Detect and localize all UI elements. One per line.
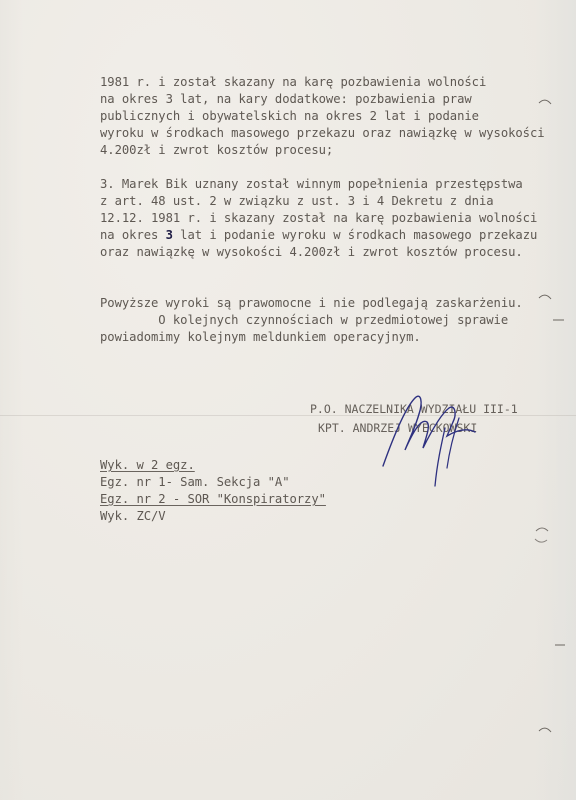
- text-line: na okres 3 lat, na kary dodatkowe: pozba…: [100, 92, 472, 106]
- text-segment: Egz. nr 2 - SOR "Konspiratorzy": [100, 492, 326, 506]
- distribution-copy-2: Egz. nr 2 - SOR "Konspiratorzy": [100, 492, 326, 506]
- margin-mark: [535, 527, 549, 533]
- handwritten-signature: [375, 388, 485, 488]
- text-line: wyroku w środkach masowego przekazu oraz…: [100, 126, 545, 140]
- text-line: 3. Marek Bik uznany został winnym popełn…: [100, 177, 523, 191]
- margin-mark: [534, 538, 548, 544]
- text-line: 12.12. 1981 r. i skazany został na karę …: [100, 211, 537, 225]
- text-line: Powyższe wyroki są prawomocne i nie podl…: [100, 296, 523, 310]
- text-line: z art. 48 ust. 2 w związku z ust. 3 i 4 …: [100, 194, 494, 208]
- text-line: O kolejnych czynnościach w przedmiotowej…: [100, 313, 508, 327]
- margin-mark: [554, 642, 568, 648]
- distribution-header: Wyk. w 2 egz.: [100, 458, 195, 472]
- margin-mark: [538, 727, 552, 733]
- text-line: 1981 r. i został skazany na karę pozbawi…: [100, 75, 486, 89]
- text-line: publicznych i obywatelskich na okres 2 l…: [100, 109, 479, 123]
- text-segment: Wyk. w 2 egz.: [100, 458, 195, 472]
- text-segment: lat i podanie wyroku w środkach masowego…: [173, 228, 537, 242]
- margin-mark: [538, 99, 552, 105]
- text-line: powiadomimy kolejnym meldunkiem operacyj…: [100, 330, 421, 344]
- text-line: oraz nawiązkę w wysokości 4.200zł i zwro…: [100, 245, 523, 259]
- distribution-copy-1: Egz. nr 1- Sam. Sekcja "A": [100, 475, 289, 489]
- margin-mark: [552, 317, 566, 323]
- text-segment: na okres: [100, 228, 166, 242]
- handwritten-correction: 3: [166, 228, 173, 242]
- text-line: 4.200zł i zwrot kosztów procesu;: [100, 143, 333, 157]
- text-line: na okres 3 lat i podanie wyroku w środka…: [100, 228, 537, 242]
- prepared-by: Wyk. ZC/V: [100, 509, 166, 523]
- margin-mark: [538, 294, 552, 300]
- scanned-document-page: 1981 r. i został skazany na karę pozbawi…: [0, 0, 576, 800]
